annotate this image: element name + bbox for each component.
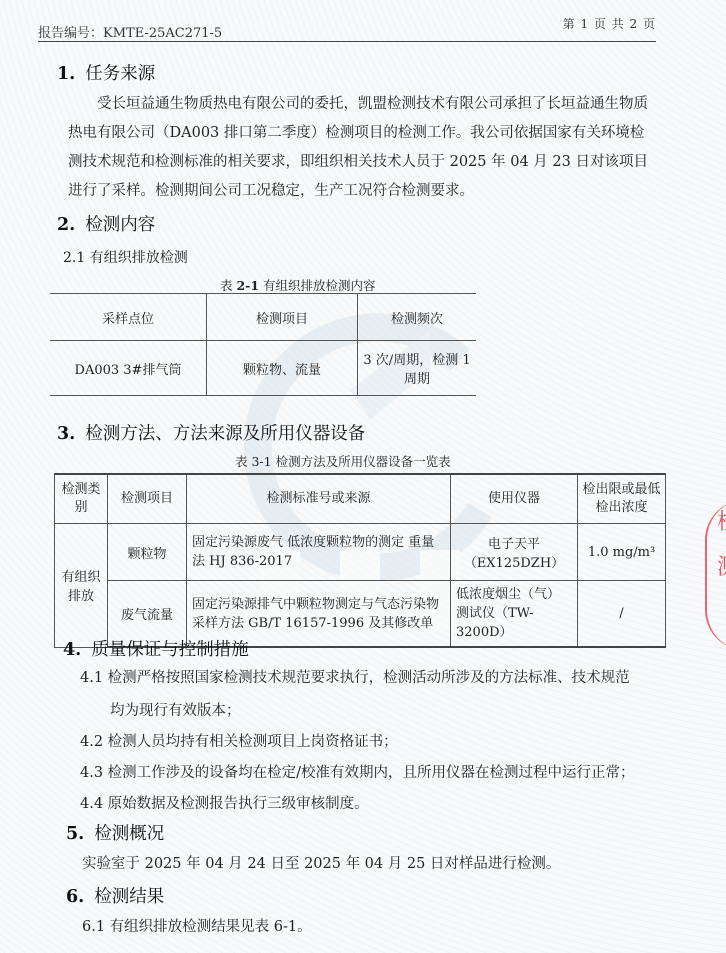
table-row: DA003 3#排气筒 颗粒物、流量 3 次/周期，检测 1 周期 <box>50 341 476 396</box>
page-indicator: 第 1 页 共 2 页 <box>563 15 656 32</box>
table-header-row: 检测类别 检测项目 检测标准号或来源 使用仪器 检出限或最低检出浓度 <box>55 474 666 524</box>
qa-item-4-2: 4.2 检测人员均持有相关检测项目上岗资格证书； <box>80 728 398 757</box>
table-2-1: 采样点位 检测项目 检测频次 DA003 3#排气筒 颗粒物、流量 3 次/周期… <box>50 293 476 396</box>
section-heading-3: 3.检测方法、方法来源及所用仪器设备 <box>57 420 365 445</box>
table-3-1-caption: 表 3-1 检测方法及所用仪器设备一览表 <box>235 452 451 470</box>
section-heading-1: 1.任务来源 <box>57 60 155 85</box>
section-6-body: 6.1 有组织排放检测结果见表 6-1。 <box>82 913 312 942</box>
table-2-1-caption: 表 2-1 有组织排放检测内容 <box>220 276 376 294</box>
qa-item-4-3: 4.3 检测工作涉及的设备均在检定/校准有效期内，且所用仪器在检测过程中运行正常… <box>80 759 635 788</box>
section-heading-2: 2.检测内容 <box>57 211 155 236</box>
report-number: 报告编号：KMTE-25AC271-5 <box>38 22 222 41</box>
table-row: 有组织排放 颗粒物 固定污染源废气 低浓度颗粒物的测定 重量法 HJ 836-2… <box>55 524 666 581</box>
qa-item-4-4: 4.4 原始数据及检测报告执行三级审核制度。 <box>80 790 369 819</box>
section-heading-5: 5.检测概况 <box>66 820 164 845</box>
table-header-row: 采样点位 检测项目 检测频次 <box>50 294 476 341</box>
section-1-body: 受长垣益通生物质热电有限公司的委托，凯盟检测技术有限公司承担了长垣益通生物质热电… <box>68 90 658 206</box>
document-page: 报告编号：KMTE-25AC271-5 第 1 页 共 2 页 1.任务来源 受… <box>0 0 726 953</box>
page-header: 报告编号：KMTE-25AC271-5 第 1 页 共 2 页 <box>38 13 656 42</box>
subsection-2-1: 2.1 有组织排放检测 <box>63 244 188 273</box>
section-heading-6: 6.检测结果 <box>66 883 164 908</box>
section-heading-4: 4.质量保证与控制措施 <box>63 636 249 661</box>
table-3-1: 检测类别 检测项目 检测标准号或来源 使用仪器 检出限或最低检出浓度 有组织排放… <box>54 473 666 648</box>
qa-item-4-1-cont: 均为现行有效版本； <box>110 697 241 726</box>
section-5-body: 实验室于 2025 年 04 月 24 日至 2025 年 04 月 25 日对… <box>82 850 560 879</box>
qa-item-4-1: 4.1 检测严格按照国家检测技术规范要求执行，检测活动所涉及的方法标准、技术规范 <box>80 664 630 693</box>
red-seal-stamp: 检 测 <box>705 500 726 650</box>
